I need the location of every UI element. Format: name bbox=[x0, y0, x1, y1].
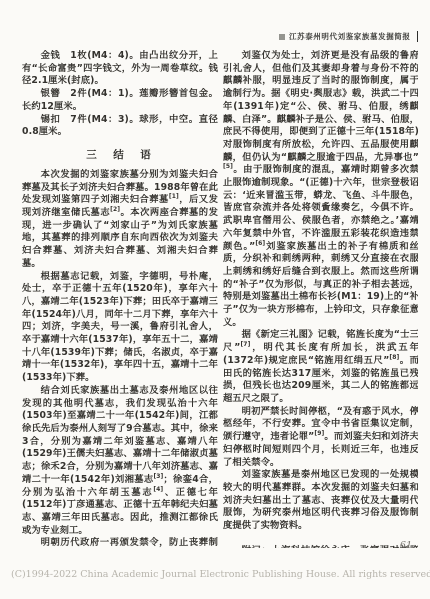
artifact-item: 金钱 1枚(M4：4)。由凸出纹分开，上有“长命富贵”四字钱文，外为一周卷草纹。… bbox=[22, 50, 218, 88]
left-column: 金钱 1枚(M4：4)。由凸出纹分开，上有“长命富贵”四字钱文，外为一周卷草纹。… bbox=[22, 50, 218, 548]
artifact-list: 金钱 1枚(M4：4)。由凸出纹分开，上有“长命富贵”四字钱文，外为一周卷草纹。… bbox=[22, 50, 218, 139]
left-paragraphs: 本次发掘的刘鉴家族墓分别为刘鉴夫妇合葬墓及其长子刘济夫妇合葬墓。1988年曾在此… bbox=[22, 169, 218, 548]
footnote-reference: [2] bbox=[110, 206, 120, 213]
body-paragraph: 刘鉴家族墓是泰州地区已发现的一处规模较大的明代墓葬群。本次发掘的刘鉴夫妇墓和刘济… bbox=[223, 469, 418, 533]
body-paragraph: 刘鉴仅为处士，刘济更是没有品级的鲁府引礼舍人，但他们及其妻却身着与身份不符的麒麟… bbox=[223, 50, 418, 329]
vertical-rule bbox=[417, 31, 419, 42]
body-paragraph: 本次发掘的刘鉴家族墓分别为刘鉴夫妇合葬墓及其长子刘济夫妇合葬墓。1988年曾在此… bbox=[22, 169, 218, 271]
footnote-reference: [4] bbox=[153, 485, 163, 492]
footnote-reference: [7] bbox=[240, 341, 250, 348]
footnote-reference: [5] bbox=[223, 163, 233, 170]
copyright-footer: (C)1994-2022 China Academic Journal Elec… bbox=[11, 569, 419, 580]
body-paragraph: 据《新定三礼图》记载，铭旌长度为“士三尺”[7]，明代其长度有所加长，洪武五年(… bbox=[223, 329, 418, 405]
square-bullet-icon bbox=[279, 34, 285, 40]
page-number: 61 bbox=[400, 540, 412, 551]
running-head-title: 江苏泰州明代刘鉴家族墓发掘简报 bbox=[289, 31, 411, 42]
footnote-reference: [3] bbox=[153, 473, 163, 480]
right-column: 刘鉴仅为处士，刘济更是没有品级的鲁府引礼舍人，但他们及其妻却身着与身份不符的麒麟… bbox=[223, 50, 418, 548]
footnote-reference: [1] bbox=[169, 193, 179, 200]
copyright-text: (C)1994-2022 China Academic Journal Elec… bbox=[11, 569, 430, 580]
artifact-item: 锡扣 7件(M4：3)。球形，中空。直径0.8厘米。 bbox=[22, 114, 218, 139]
two-column-body: 金钱 1枚(M4：4)。由凸出纹分开，上有“长命富贵”四字钱文，外为一周卷草纹。… bbox=[22, 50, 418, 548]
journal-page: 江苏泰州明代刘鉴家族墓发掘简报 金钱 1枚(M4：4)。由凸出纹分开，上有“长命… bbox=[0, 0, 430, 599]
running-head: 江苏泰州明代刘鉴家族墓发掘简报 bbox=[279, 31, 418, 42]
right-paragraphs: 刘鉴仅为处士，刘济更是没有品级的鲁府引礼舍人，但他们及其妻却身着与身份不符的麒麟… bbox=[223, 50, 418, 533]
body-paragraph: 明初严禁长时间停柩，“及有惑于风水，停柩经年，不行安葬。宜令中书省臣集议定制，颁… bbox=[223, 406, 418, 470]
body-paragraph: 结合刘氏家族墓出土墓志及泰州地区以往发现的其他明代墓志，我们发现弘治十六年(15… bbox=[22, 385, 218, 537]
body-paragraph: 明朝历代政府一再颁发禁令，防止丧葬制度出现逾制现象，但由于明代中后期朝政腐败、宦… bbox=[22, 537, 218, 548]
artifact-item: 银簪 2件(M4：1)。莲瓣形簪首包金。长约12厘米。 bbox=[22, 88, 218, 113]
appendix-note: 附记：上海科技馆徐永庆、张富强对刘鉴尸体采取了注射式防腐处理，在此致谢。 bbox=[223, 545, 418, 548]
body-paragraph: 根据墓志记载，刘鉴，字德明，号朴庵，处士，卒于正德十五年(1520年)，享年六十… bbox=[22, 271, 218, 385]
footnote-reference: [6] bbox=[255, 239, 265, 246]
footnote-reference: [9] bbox=[314, 430, 324, 437]
footnote-reference: [8] bbox=[389, 354, 399, 361]
section-heading: 三 结 语 bbox=[22, 147, 218, 162]
